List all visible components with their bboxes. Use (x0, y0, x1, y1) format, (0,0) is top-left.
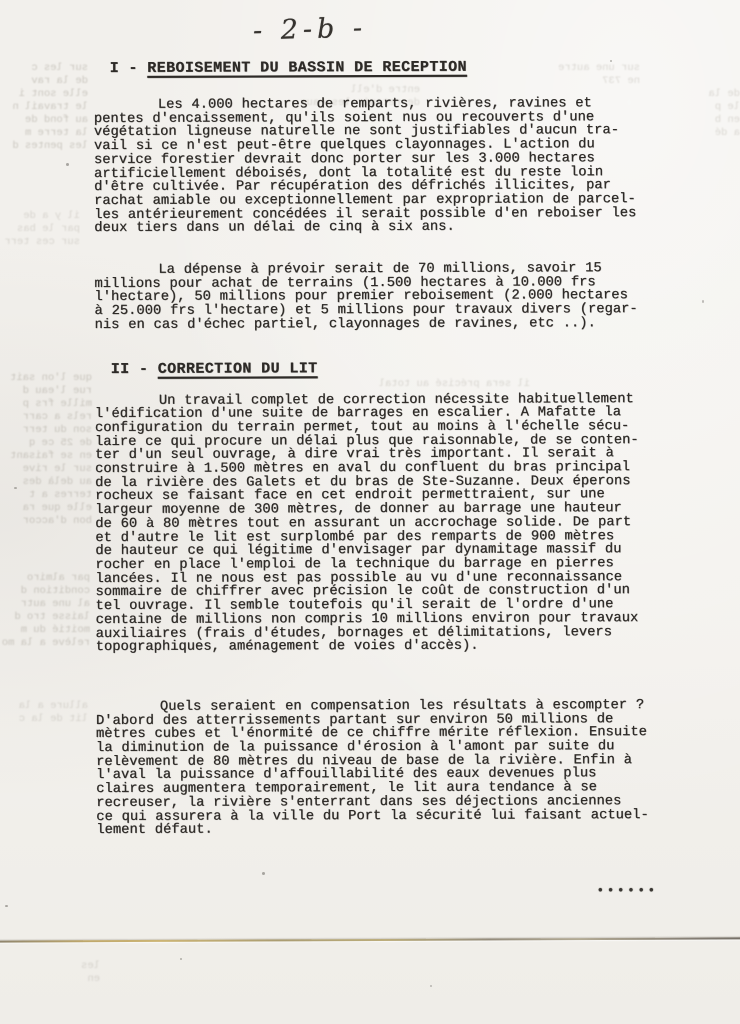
paragraph: Quels seraient en compensation les résul… (96, 699, 671, 838)
scan-speck (66, 163, 69, 166)
scan-speck (702, 300, 704, 303)
end-of-text-dots: •••••• (597, 884, 658, 898)
bleedthrough-text: il y a de par le bas sur ces terr (0, 210, 80, 249)
document-page: sur les c de la rav elle sont i le trava… (0, 0, 740, 1024)
document-body: I - REBOISEMENT DU BASSIN DE RECEPTION L… (94, 57, 672, 838)
section-heading-reboisement: I - REBOISEMENT DU BASSIN DE RECEPTION (110, 57, 669, 79)
paragraph: Un travail complet de correction nécessi… (95, 393, 671, 655)
bleedthrough-text: les en (30, 960, 100, 986)
scan-speck (5, 905, 8, 907)
section-number: II - (111, 360, 158, 377)
bleedthrough-text: de la le p en b a dé (700, 88, 740, 140)
bleedthrough-text: sur les c de la rav elle sont i le trava… (2, 62, 88, 153)
paragraph: La dépense à prévoir serait de 70 millio… (94, 262, 669, 333)
section-heading-correction: II - CORRECTION DU LIT (111, 358, 670, 380)
paragraph: Les 4.000 hectares de remparts, rivières… (94, 97, 669, 236)
scan-speck (14, 487, 17, 489)
bleedthrough-text: allure a la lit de la c (2, 700, 88, 726)
section-title: REBOISEMENT DU BASSIN DE RECEPTION (147, 59, 467, 77)
page-number: - 2-b - (235, 12, 386, 47)
scan-speck (430, 985, 432, 987)
bleedthrough-text: par almiro condition d al une autr laiss… (0, 572, 90, 650)
bleedthrough-text: que l'on sait rue l'eau d mille frs p re… (0, 372, 92, 528)
scan-speck (180, 958, 182, 960)
paper-crease-line (0, 937, 740, 942)
scan-speck (610, 60, 612, 62)
section-number: I - (110, 60, 148, 77)
section-title: CORRECTION DU LIT (158, 360, 318, 378)
scan-speck (262, 872, 265, 875)
